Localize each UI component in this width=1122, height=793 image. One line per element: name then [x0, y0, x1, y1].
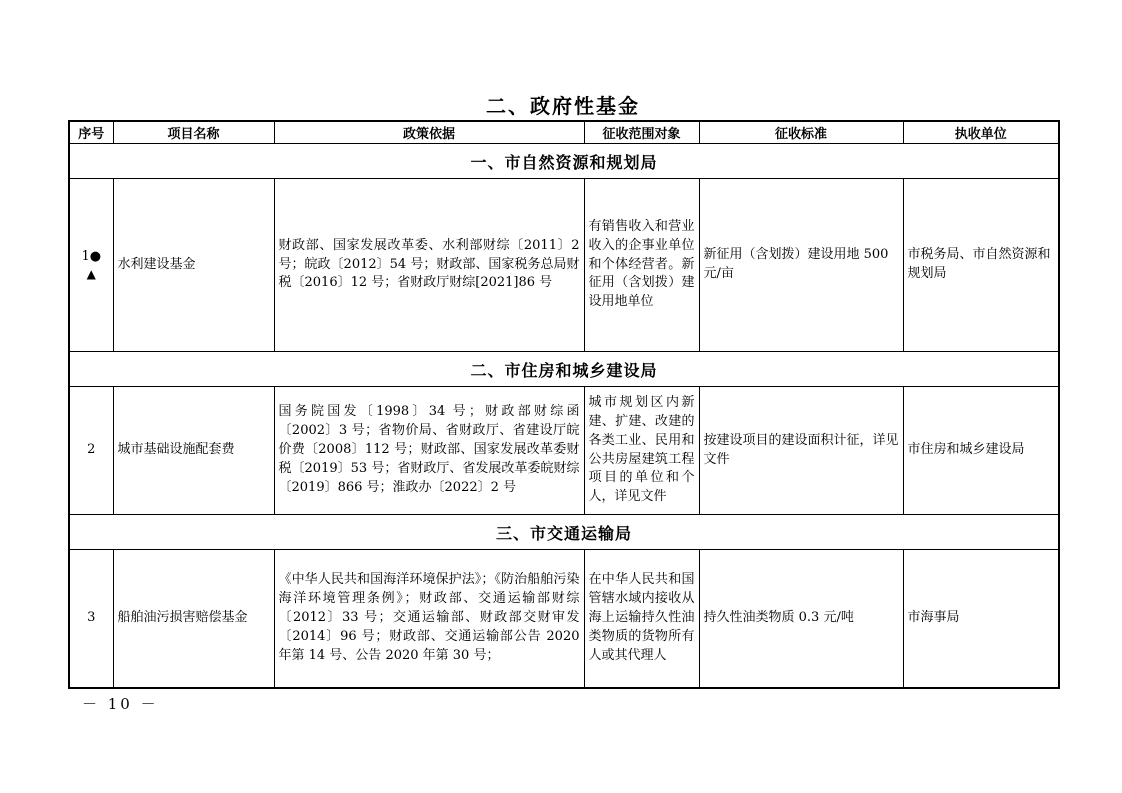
cell-seq: 1● ▲	[69, 179, 113, 352]
col-header-scope: 征收范围对象	[584, 121, 699, 144]
cell-project-name: 船舶油污损害赔偿基金	[113, 550, 274, 688]
section-row-2: 二、市住房和城乡建设局	[69, 352, 1059, 387]
cell-scope: 在中华人民共和国管辖水域内接收从海上运输持久性油类物质的货物所有人或其代理人	[584, 550, 699, 688]
cell-standard: 新征用（含划拨）建设用地 500 元/亩	[699, 179, 903, 352]
cell-policy-basis: 财政部、国家发展改革委、水利部财综〔2011〕2 号；皖政〔2012〕54 号；…	[274, 179, 584, 352]
section-row-1: 一、市自然资源和规划局	[69, 144, 1059, 179]
fund-table: 序号 项目名称 政策依据 征收范围对象 征收标准 执收单位 一、市自然资源和规划…	[68, 120, 1060, 689]
col-header-policy: 政策依据	[274, 121, 584, 144]
cell-project-name: 水利建设基金	[113, 179, 274, 352]
cell-standard: 持久性油类物质 0.3 元/吨	[699, 550, 903, 688]
table-row: 1● ▲ 水利建设基金 财政部、国家发展改革委、水利部财综〔2011〕2 号；皖…	[69, 179, 1059, 352]
col-header-standard: 征收标准	[699, 121, 903, 144]
section-row-3: 三、市交通运输局	[69, 515, 1059, 550]
page-number: － 10 －	[82, 693, 159, 714]
cell-scope: 有销售收入和营业收入的企事业单位和个体经营者。新征用（含划拨）建设用地单位	[584, 179, 699, 352]
cell-seq: 3	[69, 550, 113, 688]
col-header-seq: 序号	[69, 121, 113, 144]
section-title-natural-resources: 一、市自然资源和规划局	[69, 144, 1059, 179]
cell-standard: 按建设项目的建设面积计征，详见文件	[699, 387, 903, 515]
seq-number: 1●	[71, 248, 112, 267]
col-header-collector: 执收单位	[903, 121, 1059, 144]
table-row: 3 船舶油污损害赔偿基金 《中华人民共和国海洋环境保护法》；《防治船舶污染海洋环…	[69, 550, 1059, 688]
page-title: 二、政府性基金	[68, 90, 1058, 119]
table-header-row: 序号 项目名称 政策依据 征收范围对象 征收标准 执收单位	[69, 121, 1059, 144]
col-header-name: 项目名称	[113, 121, 274, 144]
cell-seq: 2	[69, 387, 113, 515]
cell-policy-basis: 国务院国发〔1998〕34 号；财政部财综函〔2002〕3 号；省物价局、省财政…	[274, 387, 584, 515]
table-row: 2 城市基础设施配套费 国务院国发〔1998〕34 号；财政部财综函〔2002〕…	[69, 387, 1059, 515]
cell-collector: 市住房和城乡建设局	[903, 387, 1059, 515]
cell-policy-basis: 《中华人民共和国海洋环境保护法》；《防治船舶污染海洋环境管理条例》；财政部、交通…	[274, 550, 584, 688]
section-title-transport: 三、市交通运输局	[69, 515, 1059, 550]
cell-scope: 城市规划区内新建、扩建、改建的各类工业、民用和公共房屋建筑工程项目的单位和个人，…	[584, 387, 699, 515]
cell-project-name: 城市基础设施配套费	[113, 387, 274, 515]
document-page: 二、政府性基金 序号 项目名称 政策依据 征收范围对象 征收标准 执收单位 一、…	[0, 0, 1122, 793]
triangle-marker-icon: ▲	[71, 267, 112, 281]
seq-number: 2	[71, 441, 112, 460]
cell-collector: 市税务局、市自然资源和规划局	[903, 179, 1059, 352]
cell-collector: 市海事局	[903, 550, 1059, 688]
section-title-housing: 二、市住房和城乡建设局	[69, 352, 1059, 387]
seq-number: 3	[71, 609, 112, 628]
